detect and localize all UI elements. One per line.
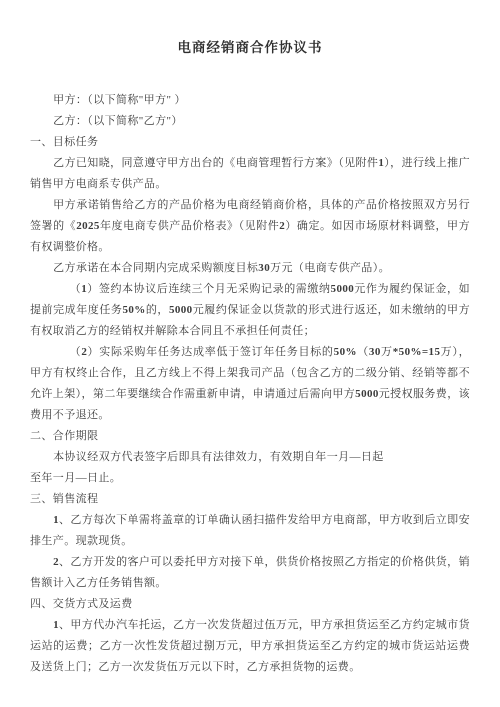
clause-pricing: 甲方承诺销售给乙方的产品价格为电商经销商价格，具体的产品价格按照双方另行签署的《…: [30, 195, 470, 258]
party-line-yifang: 乙方：（以下简称"乙方"）: [30, 111, 470, 132]
document-title: 电商经销商合作协议书: [30, 36, 470, 56]
clause-validity: 本协议经双方代表签字后即具有法律效力，有效期自年一月—日起: [30, 447, 470, 468]
clause-purchase-target: 乙方承诺在本合同期内完成采购额度目标30万元（电商专供产品）。: [30, 258, 470, 279]
clause-promotion: 乙方已知晓，同意遵守甲方出台的《电商管理暂行方案》（见附件1），进行线上推广销售…: [30, 153, 470, 195]
section-heading-2: 二、合作期限: [30, 426, 470, 447]
clause-termination: （2）实际采购年任务达成率低于签订年任务目标的50%（30万*50%=15万），…: [30, 342, 470, 426]
document-page: 电商经销商合作协议书 甲方：（以下简称"甲方" ）乙方：（以下简称"乙方"）一、…: [0, 0, 500, 707]
document-body: 甲方：（以下简称"甲方" ）乙方：（以下简称"乙方"）一、目标任务乙方已知晓，同…: [30, 90, 470, 678]
section-heading-3: 三、销售流程: [30, 489, 470, 510]
clause-deposit: （1）签约本协议后连续三个月无采购记录的需缴纳5000元作为履约保证金，如提前完…: [30, 279, 470, 342]
clause-freight: 1、甲方代办汽车托运，乙方一次发货超过伍万元，甲方承担货运至乙方约定城市货运站的…: [30, 615, 470, 678]
section-heading-4: 四、交货方式及运费: [30, 594, 470, 615]
section-heading-1: 一、目标任务: [30, 132, 470, 153]
clause-entrusted-order: 2、乙方开发的客户可以委托甲方对接下单，供货价格按照乙方指定的价格供货，销售额计…: [30, 552, 470, 594]
clause-order-process: 1、乙方每次下单需将盖章的订单确认函扫描件发给甲方电商部，甲方收到后立即安排生产…: [30, 510, 470, 552]
clause-validity-end: 至年一月—日止。: [30, 468, 470, 489]
party-line-jiafang: 甲方：（以下简称"甲方" ）: [30, 90, 470, 111]
